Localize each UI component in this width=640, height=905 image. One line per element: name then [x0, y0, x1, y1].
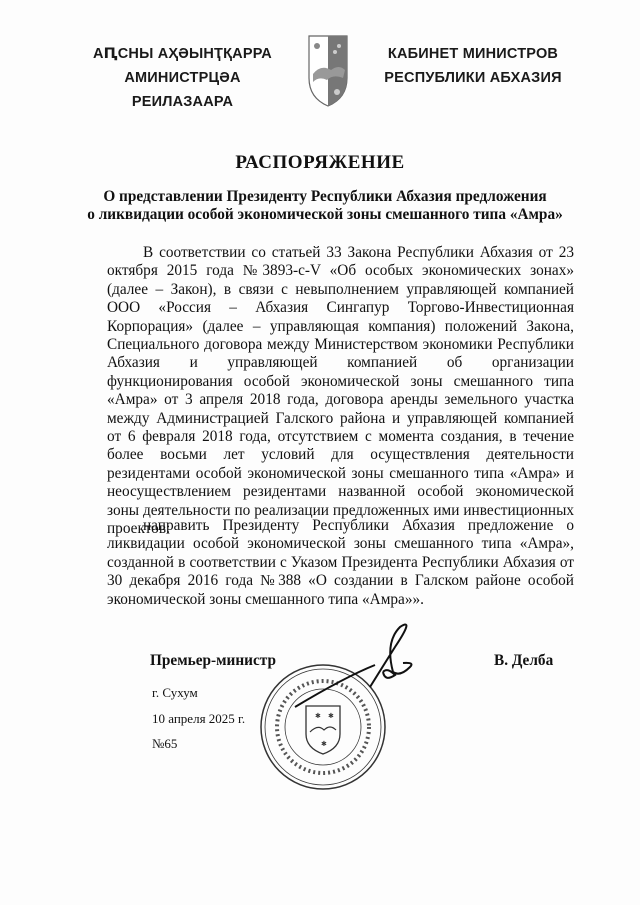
signatory-name: В. Делба	[494, 652, 553, 670]
header-right-line1: КАБИНЕТ МИНИСТРОВ	[368, 42, 578, 66]
header-abkhaz-name: АԤСНЫ АҲӘЫНҬҚАРРА АМИНИСТРЦӘА РЕИЛАЗААРА	[80, 42, 285, 114]
header-right-line2: РЕСПУБЛИКИ АБХАЗИЯ	[368, 66, 578, 90]
place: г. Сухум	[152, 685, 198, 701]
coat-of-arms-icon	[307, 34, 349, 108]
header-russian-name: КАБИНЕТ МИНИСТРОВ РЕСПУБЛИКИ АБХАЗИЯ	[368, 42, 578, 90]
handwritten-signature	[275, 617, 435, 712]
header-left-line2: АМИНИСТРЦӘА РЕИЛАЗААРА	[80, 66, 285, 114]
document-number: №65	[152, 736, 177, 752]
svg-text:✱: ✱	[315, 712, 321, 720]
signatory-role: Премьер-министр	[150, 652, 276, 670]
subject-line1: О представлении Президенту Республики Аб…	[80, 188, 570, 206]
svg-text:✱: ✱	[321, 740, 327, 748]
document-type: РАСПОРЯЖЕНИЕ	[0, 152, 640, 174]
body-paragraph-1: В соответствии со статьей 33 Закона Респ…	[107, 244, 574, 539]
svg-text:✱: ✱	[328, 712, 334, 720]
date: 10 апреля 2025 г.	[152, 711, 245, 727]
subject-line2: о ликвидации особой экономической зоны с…	[80, 206, 570, 224]
document-subject: О представлении Президенту Республики Аб…	[80, 188, 570, 224]
header-left-line1: АԤСНЫ АҲӘЫНҬҚАРРА	[80, 42, 285, 66]
body-paragraph-2: направить Президенту Республики Абхазия …	[107, 517, 574, 609]
